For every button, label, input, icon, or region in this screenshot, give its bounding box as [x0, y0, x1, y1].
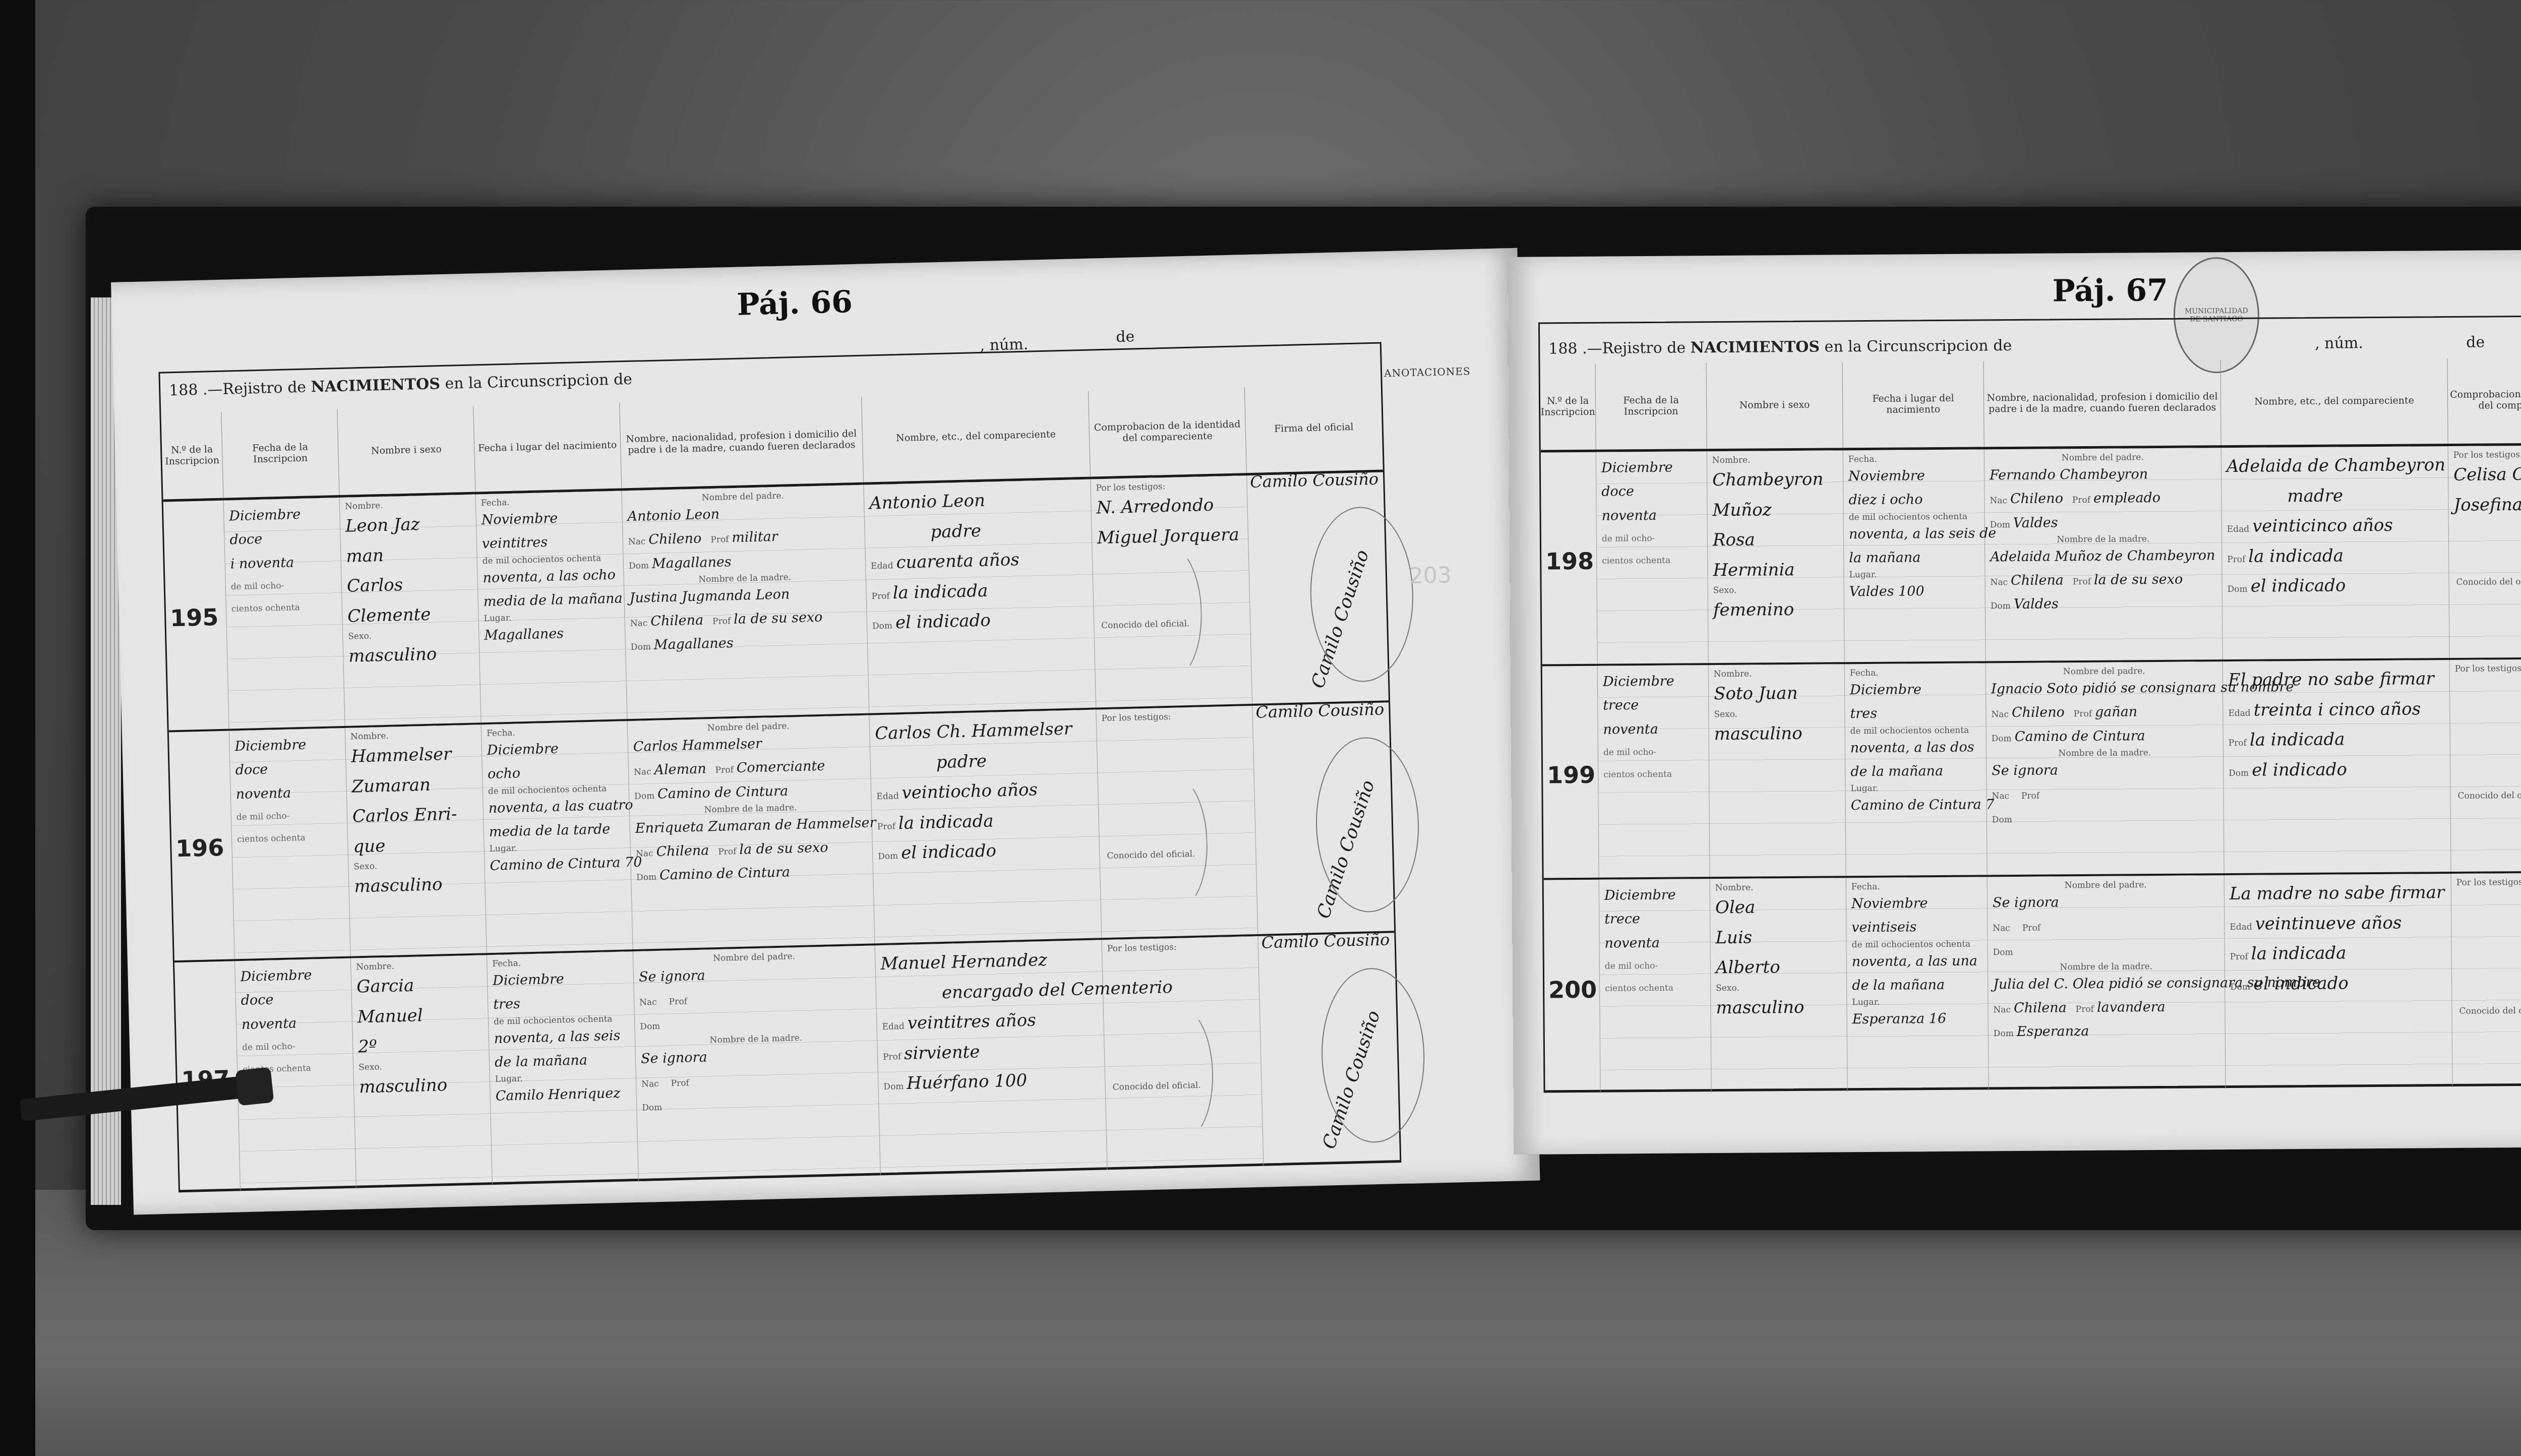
pen-flourish [2497, 937, 2521, 1071]
printed-label-dom: Dom [872, 621, 892, 631]
declarant-prof-line: Profla indicada [871, 573, 1088, 609]
mother-domicile [665, 1098, 666, 1114]
declarant-dom: el indicado [2252, 759, 2347, 780]
entry-number-cell: 198 [1541, 452, 1598, 664]
child-name-line: Herminia [1713, 555, 1838, 585]
father-domicile-line: Dom [1993, 937, 2219, 962]
register-form: N.º de la InscripcionFecha de la Inscrip… [158, 342, 1401, 1192]
declarant-dom-line: Domel indicado [2227, 570, 2443, 601]
birth-date-line: de la mañana [494, 1047, 630, 1074]
declarant-cell: La madre no sabe firmarEdadveintinueve a… [2225, 874, 2453, 1089]
printed-label-dom: Dom [642, 1103, 662, 1113]
registration-date-cell: Diciembretrecenoventade mil ocho-cientos… [1598, 665, 1710, 878]
printed-label-prof: Prof [2073, 577, 2091, 587]
father-nationality: Aleman [654, 761, 706, 778]
page-number: Páj. 66 [737, 284, 853, 323]
declarant-prof-line: Profla indicada [2227, 540, 2443, 572]
registration-date-line: doce [241, 986, 346, 1012]
printed-label-nac: Nac [1990, 577, 2008, 587]
declarant-dom: el indicado [2250, 575, 2346, 596]
birth-date-line: media de la tarde [489, 817, 625, 844]
birth-place: Camino de Cintura 70 [490, 851, 626, 878]
registration-date-line: trece [1604, 907, 1705, 932]
child-name-line: Olea [1715, 892, 1841, 923]
declarant-dom: el indicado [2253, 973, 2349, 994]
printed-label-testigos: Por los testigos: [1107, 940, 1253, 954]
printed-label-dom: Dom [878, 851, 898, 862]
declarant-edad-line: Edadveintinueve años [2230, 908, 2446, 939]
child-name-line: Clemente [347, 598, 473, 632]
entry-number: 199 [1547, 761, 1595, 789]
birth-date-line: noventa, a las seis [494, 1023, 630, 1051]
father-nationality [659, 993, 660, 1008]
declarant-cell: Adelaida de ChambeyronmadreEdadveinticin… [2222, 446, 2450, 659]
birth-date-line: Diciembre [493, 965, 629, 993]
printed-label-prof: Prof [2074, 709, 2092, 719]
column-header: Fecha de la Inscripcion [1595, 363, 1707, 450]
entry-number-cell: 196 [169, 731, 235, 961]
birth-date-place-cell: Fecha.Noviembreveintiseisde mil ochocien… [1846, 877, 1989, 1091]
birth-date-place-cell: Fecha.Diciembreochode mil ochocientos oc… [482, 721, 633, 953]
printed-label-prof: Prof [718, 846, 737, 857]
mother-name: Julia del C. Olea pidió se consignara su… [1993, 971, 2219, 996]
declarant-dom: el indicado [895, 611, 991, 633]
birth-date-line: Diciembre [487, 735, 623, 762]
registration-date-cell: Diciembredocei noventade mil ocho-ciento… [224, 498, 345, 729]
printed-label-dom: Dom [634, 791, 654, 801]
name-sex-cell: Nombre.Leon JazmanCarlosClementeSexo.mas… [340, 494, 482, 725]
declarant-edad: veintitres años [907, 1010, 1036, 1034]
column-header: Comprobacion de la identidad del compare… [1089, 387, 1247, 477]
birth-date-place-cell: Fecha.Noviembreveintitresde mil ochocien… [475, 491, 627, 722]
register-entry: 195Diciembredocei noventade mil ocho-cie… [163, 472, 1389, 732]
declarant-prof: la indicada [892, 580, 988, 603]
birth-date-line: diez i ocho [1848, 488, 1979, 512]
printed-year-line: cientos ochenta [1605, 977, 1705, 1000]
declarant-prof-line: Profla indicada [2229, 724, 2445, 755]
birth-date-line: noventa, a las dos [1850, 735, 1981, 760]
declarant-edad-line: Edadveinticinco años [2227, 510, 2443, 541]
printed-label-nac: Nac [639, 997, 657, 1008]
declarant-name: Carlos Ch. Hammelser [875, 714, 1092, 749]
declarant-prof: sirviente [904, 1042, 980, 1064]
register-form: N.º de la InscripcionFecha de la Inscrip… [1538, 314, 2521, 1093]
birth-place: Valdes 100 [1849, 579, 1979, 603]
father-nationality-profession: NacChilenoProfgañan [1991, 699, 2217, 724]
registration-date-line: Diciembre [234, 732, 340, 758]
father-nationality: Chileno [648, 531, 702, 548]
printed-label-prof: Prof [877, 821, 896, 832]
father-profession [690, 992, 690, 1008]
printed-label-sexo: Sexo. [1713, 584, 1839, 595]
printed-label-dom: Dom [1992, 815, 2012, 825]
declarant-name: La madre no sabe firmar [2230, 878, 2446, 909]
printed-label-dom: Dom [883, 1081, 904, 1092]
birth-date-line: de la mañana [1850, 759, 1981, 783]
printed-label-prof: Prof [2227, 554, 2245, 564]
birth-place: Esperanza 16 [1852, 1006, 1983, 1031]
father-profession: Comerciante [736, 758, 825, 776]
bleed-through-number: 203 [1409, 562, 1452, 589]
declarant-relation: padre [875, 744, 1092, 779]
mother-nationality-profession: NacProf [1992, 781, 2218, 806]
printed-label-prof: Prof [712, 616, 731, 627]
entry-number-cell: 199 [1542, 666, 1599, 878]
declarant-prof: la indicada [2251, 943, 2347, 963]
printed-label-nac: Nac [1990, 496, 2007, 506]
birth-date-line: ocho [487, 759, 623, 786]
registration-date-cell: Diciembredocenoventade mil ocho-cientos … [1596, 451, 1709, 664]
father-nationality: Chileno [2010, 491, 2063, 507]
declarant-relation: encargado del Cementerio [881, 974, 1098, 1009]
declarant-relation: padre [870, 513, 1087, 549]
entry-number: 196 [175, 834, 224, 862]
printed-label-testigos: Por los testigos: [2455, 663, 2521, 674]
declarant-name: El padre no sabe firmar [2228, 664, 2444, 695]
printed-label-prof: Prof [669, 997, 687, 1007]
declarant-edad-line: Edadveintiocho años [876, 774, 1093, 809]
mother-nationality: Chilena [2011, 572, 2064, 588]
declarant-dom: el indicado [901, 840, 997, 863]
declarant-edad-line: Edadcuarenta años [870, 543, 1087, 579]
registration-date-line: Diciembre [1603, 669, 1703, 694]
printed-label-dom: Dom [1990, 520, 2010, 530]
mother-domicile: Camino de Cintura [659, 865, 791, 883]
register-entry: 198Diciembredocenoventade mil ocho-cient… [1541, 444, 2521, 666]
printed-label-fecha: Fecha. [1850, 667, 1980, 678]
birth-date-line: veintitres [482, 529, 618, 556]
declarant-edad: veintiocho años [902, 779, 1038, 803]
child-name-line: Soto Juan [1714, 678, 1839, 709]
column-header: Firma del oficial [1245, 384, 1383, 473]
printed-label-lugar: Lugar. [1849, 569, 1979, 580]
printed-label-prof: Prof [883, 1052, 902, 1062]
printed-year-line: cientos ochenta [1602, 549, 1702, 572]
child-sex: masculino [348, 639, 474, 672]
printed-label-dom: Dom [636, 872, 656, 883]
column-header: Nombre, etc., del compareciente [862, 391, 1091, 482]
registration-date-line: Diciembre [1604, 883, 1705, 907]
declarant-edad: veinticinco años [2252, 515, 2393, 536]
declarant-dom: Huérfano 100 [907, 1070, 1028, 1094]
officer-signature: Camilo Cousiño [1255, 700, 1385, 722]
registration-date-line: doce [229, 526, 335, 552]
registration-date-line: trece [1603, 693, 1703, 718]
registration-date-line: noventa [1601, 503, 1702, 528]
entry-number: 198 [1545, 548, 1594, 575]
printed-label-nac: Nac [634, 767, 651, 777]
pen-flourish [1137, 545, 1203, 680]
printed-label-edad: Edad [882, 1021, 905, 1032]
printed-label-edad: Edad [871, 561, 893, 571]
right-page: Páj. 67 MUNICIPALIDAD DE SANTIAGO 188 .—… [1508, 248, 2521, 1155]
father-nationality-profession: NacProf [1993, 913, 2219, 938]
printed-year-line: de mil ocho- [1605, 954, 1705, 978]
register-entry: 197Diciembredocenoventade mil ocho-cient… [174, 933, 1400, 1193]
pen-flourish [2494, 509, 2521, 642]
printed-year-line: de mil ochocientos ochenta [1850, 725, 1981, 736]
witness-signature: Josefina Chambeyron [2453, 489, 2521, 520]
printed-year-line: de mil ocho- [1603, 741, 1704, 764]
printed-label-prof: Prof [2022, 923, 2040, 933]
father-domicile: Camino de Cintura [657, 783, 789, 802]
mother-profession: la de su sexo [734, 610, 823, 627]
column-header: N.º de la Inscripcion [1540, 364, 1596, 450]
printed-label-dom: Dom [629, 561, 649, 571]
parents-cell: Nombre del padre.Fernando ChambeyronNacC… [1985, 448, 2223, 661]
mother-profession: lavandera [2097, 999, 2166, 1015]
column-header: Nombre i sexo [1706, 362, 1843, 449]
mother-name: Adelaida Muñoz de Chambeyron [1990, 543, 2216, 569]
officer-signature: Camilo Cousiño [1261, 930, 1390, 952]
identity-cell: Por los testigos:Conocido del oficial. [1096, 706, 1258, 938]
birth-date-line: Noviembre [481, 505, 617, 532]
parents-cell: Nombre del padre.Antonio LeonNacChilenoP… [622, 485, 869, 719]
printed-label-edad: Edad [2230, 922, 2252, 932]
entry-number: 200 [1548, 976, 1597, 1004]
column-header: Fecha i lugar del nacimiento [1842, 361, 1984, 448]
name-sex-cell: Nombre.ChambeyronMuñozRosaHerminiaSexo.f… [1707, 450, 1845, 663]
declarant-prof: la indicada [898, 811, 994, 833]
declarant-dom-line: DomHuérfano 100 [883, 1064, 1100, 1100]
page-number: Páj. 67 [2052, 273, 2168, 309]
registration-date-line: noventa [1603, 717, 1703, 742]
printed-label-prof: Prof [710, 534, 729, 545]
mother-domicile: Valdes [2014, 596, 2059, 613]
declarant-dom-line: Domel indicado [2230, 968, 2446, 999]
name-sex-cell: Nombre.OleaLuisAlbertoSexo.masculino [1710, 878, 1848, 1093]
printed-label-nac: Nac [1991, 709, 2009, 719]
register-entry: 199Diciembretrecenoventade mil ocho-cien… [1542, 658, 2521, 880]
birth-date-line: la mañana [1849, 545, 1979, 570]
printed-label-fecha: Fecha. [1848, 453, 1979, 464]
mother-nationality-profession: NacChilenaProfla de su sexo [1990, 567, 2216, 592]
printed-label-prof: Prof [2230, 952, 2248, 962]
mother-profession: la de su sexo [2094, 572, 2183, 588]
printed-label-nac: Nac [641, 1079, 659, 1089]
declarant-cell: El padre no sabe firmarEdadtreinta i cin… [2223, 660, 2451, 873]
printed-label-sexo: Sexo. [1716, 982, 1841, 993]
child-name-line: Zumaran [351, 769, 477, 802]
printed-label-edad: Edad [2228, 708, 2250, 718]
name-sex-cell: Nombre.GarciaManuel2ºSexo.masculino [351, 955, 493, 1188]
father-nationality-profession: NacChilenoProfempleado [1990, 486, 2216, 511]
declarant-cell: Manuel Hernandezencargado del Cementerio… [875, 940, 1108, 1176]
printed-year-line: de mil ocho- [242, 1034, 348, 1059]
entry-number-cell: 200 [1544, 880, 1601, 1094]
declarant-name: Antonio Leon [869, 483, 1086, 519]
father-name: Fernando Chambeyron [1990, 462, 2216, 487]
child-name-line: que [353, 829, 479, 862]
father-profession: empleado [2093, 490, 2160, 506]
birth-date-line: veintiseis [1851, 915, 1982, 940]
printed-label-dom: Dom [2229, 768, 2249, 778]
register-entry: 200Diciembretrecenoventade mil ocho-cien… [1544, 872, 2521, 1094]
father-domicile-line: DomCamino de Cintura [1992, 723, 2218, 749]
printed-label-dom: Dom [2228, 584, 2248, 594]
printed-label-prof: Prof [2076, 1004, 2094, 1014]
birth-date-place-cell: Fecha.Noviembrediez i ochode mil ochocie… [1843, 449, 1986, 662]
birth-date-line: tres [493, 990, 629, 1017]
registration-date-line: noventa [235, 780, 341, 806]
pen-flourish [1144, 775, 1209, 910]
printed-label-testigos: Por los testigos: [2456, 877, 2521, 888]
registration-date-line: Diciembre [240, 962, 346, 989]
registration-date-line: Diciembre [229, 502, 335, 528]
child-name-line: Rosa [1713, 524, 1838, 555]
child-sex: masculino [1716, 992, 1841, 1023]
father-domicile: Magallanes [652, 554, 732, 572]
declarant-edad-line: Edadtreinta i cinco años [2228, 694, 2444, 725]
father-profession: gañan [2095, 704, 2137, 720]
child-name-line: Chambeyron [1712, 464, 1838, 495]
declarant-prof-line: Profla indicada [2230, 938, 2446, 969]
printed-label-dom: Dom [2230, 982, 2250, 992]
child-name-line: 2º [357, 1029, 484, 1062]
child-name-line: Luis [1715, 922, 1841, 953]
birth-date-place-cell: Fecha.Diciembretresde mil ochocientos oc… [487, 951, 639, 1185]
declarant-prof: la indicada [2248, 545, 2344, 566]
printed-label-nac: Nac [1992, 791, 2009, 801]
mother-nationality [662, 1074, 662, 1090]
child-name-line: Garcia [356, 969, 483, 1002]
entry-number-cell: 195 [163, 501, 229, 731]
printed-label-dom: Dom [1993, 947, 2013, 957]
column-header: Nombre, etc., del compareciente [2220, 358, 2448, 445]
birth-date-line: noventa, a las ocho [483, 563, 619, 590]
declarant-edad: veintinueve años [2255, 913, 2402, 934]
printed-year-line: cientos ochenta [1603, 763, 1704, 786]
printed-label-nac: Nac [628, 536, 646, 547]
printed-label-dom: Dom [1992, 734, 2012, 744]
child-sex: masculino [1714, 718, 1839, 749]
officer-signature-cell: Camilo CousiñoCamilo Cousiño [1252, 702, 1394, 934]
printed-year-line: de mil ocho- [236, 804, 342, 828]
declarant-dom-line: Domel indicado [2229, 754, 2445, 785]
birth-date-line: noventa, a las cuatro [488, 793, 624, 820]
mother-domicile-line: DomEsperanza [1994, 1018, 2220, 1044]
printed-label-nac: Nac [636, 848, 653, 859]
declarant-cell: Carlos Ch. HammelserpadreEdadveintiocho … [869, 710, 1102, 944]
column-header: Nombre i sexo [337, 406, 475, 496]
registration-date-cell: Diciembredocenoventade mil ocho-cientos … [229, 728, 351, 959]
child-name-line: Leon Jaz [345, 509, 471, 542]
birth-date-line: de la mañana [1852, 973, 1983, 997]
parents-cell: Nombre del padre.Carlos HammelserNacAlem… [628, 715, 875, 949]
registration-date-line: noventa [241, 1010, 347, 1037]
witness-signature: Celisa Chambeyron [2453, 459, 2521, 490]
pen-flourish [2496, 722, 2521, 856]
printed-label-nombre: Nombre. [1715, 882, 1841, 893]
printed-label-nac: Nac [630, 618, 648, 629]
declarant-name: Adelaida de Chambeyron [2227, 450, 2443, 481]
father-domicile [663, 1016, 664, 1032]
birth-date-line: media de la mañana [483, 586, 619, 614]
officer-signature-cell: Camilo CousiñoCamilo Cousiño [1247, 472, 1389, 703]
printed-label-prof: Prof [715, 765, 734, 775]
child-name-line: Alberto [1716, 952, 1841, 983]
registration-date-line: noventa [1604, 931, 1705, 955]
printed-label-dom: Dom [631, 642, 651, 652]
declarant-edad-line: Edadveintitres años [882, 1004, 1099, 1040]
printed-label-lugar: Lugar. [1850, 782, 1981, 794]
printed-label-testigos: Por los testigos: [2453, 449, 2521, 460]
entry-number: 195 [170, 603, 219, 632]
father-domicile-line: DomValdes [1990, 510, 2216, 535]
registration-date-line: doce [1601, 479, 1702, 504]
printed-label-dom: Dom [1994, 1028, 2014, 1039]
birth-date-line: tres [1850, 701, 1980, 726]
parents-cell: Nombre del padre.Se ignoraNacProfDomNomb… [633, 945, 881, 1182]
registration-date-line: Diciembre [1601, 455, 1702, 480]
mother-nationality: Chilena [656, 842, 709, 860]
birth-date-line: Noviembre [1848, 463, 1979, 488]
scan-border-left [0, 0, 35, 1456]
birth-date-line: Diciembre [1850, 677, 1980, 702]
declarant-relation: madre [2227, 480, 2443, 512]
printed-label-lugar: Lugar. [1852, 996, 1983, 1007]
mother-nationality: Chilena [650, 612, 704, 629]
column-header: Nombre, nacionalidad, profesion i domici… [620, 397, 864, 489]
mother-nationality-profession: NacChilenaProflavandera [1993, 995, 2219, 1020]
printed-label-prof: Prof [2229, 738, 2247, 748]
child-name-line: Hammelser [350, 739, 476, 772]
birth-place: Camilo Henriquez [495, 1081, 631, 1108]
father-nationality: Chileno [2012, 705, 2065, 721]
registration-date-line: i noventa [230, 550, 336, 576]
father-name: Ignacio Soto pidió se consignara su nomb… [1991, 676, 2217, 701]
name-sex-cell: Nombre.HammelserZumaranCarlos Enri-queSe… [345, 724, 487, 956]
declarant-prof: la indicada [2250, 729, 2345, 750]
printed-label-prof: Prof [2021, 791, 2039, 801]
register-entry: 196Diciembredocenoventade mil ocho-cient… [169, 702, 1394, 962]
mother-nationality: Chilena [2014, 1000, 2067, 1016]
father-domicile: Camino de Cintura [2015, 728, 2145, 745]
declarant-name: Manuel Hernandez [880, 944, 1097, 980]
officer-signature: Camilo Cousiño [1250, 469, 1379, 492]
witness-signature: N. Arredondo [1096, 490, 1242, 523]
left-page: Páj. 66 188 .—Rejistro de NACIMIENTOS en… [111, 248, 1540, 1215]
identity-cell: Por los testigos:Conocido del oficial. [2451, 873, 2521, 1087]
column-headers: N.º de la InscripcionFecha de la Inscrip… [1540, 356, 2521, 453]
printed-label-dom: Dom [640, 1021, 660, 1032]
child-sex: femenino [1713, 594, 1839, 625]
child-name-line: Muñoz [1712, 495, 1838, 525]
father-name: Se ignora [1993, 889, 2219, 915]
mother-name: Se ignora [1992, 757, 2218, 782]
identity-cell: Por los testigos:N. ArredondoMiguel Jorq… [1091, 475, 1252, 707]
printed-year-line: de mil ocho- [1602, 527, 1702, 550]
annotations-label: ANOTACIONES [1384, 365, 1471, 379]
parents-cell: Nombre del padre.Se ignoraNacProfDomNomb… [1988, 875, 2226, 1090]
column-header: Fecha i lugar del nacimiento [473, 402, 622, 492]
identity-cell: Por los testigos:Conocido del oficial. [1102, 936, 1264, 1170]
printed-label-nac: Nac [1993, 1005, 2011, 1015]
birth-date-line: noventa, a las seis de [1849, 521, 1979, 546]
printed-label-edad: Edad [876, 791, 899, 802]
birth-date-place-cell: Fecha.Diciembretresde mil ochocientos oc… [1845, 663, 1988, 876]
printed-year-line: cientos ochenta [237, 826, 343, 851]
father-domicile: Valdes [2013, 515, 2058, 531]
declarant-edad: treinta i cinco años [2253, 699, 2421, 720]
printed-label-dom: Dom [1991, 601, 2011, 611]
printed-year-line: cientos ochenta [231, 595, 337, 620]
identity-cell: Por los testigos:Conocido del oficial. [2450, 659, 2521, 872]
child-name-line: Manuel [357, 999, 483, 1033]
declarant-prof-line: Profla indicada [877, 804, 1094, 839]
printed-label-nac: Nac [1993, 923, 2010, 933]
printed-label-fecha: Fecha. [1851, 881, 1982, 892]
